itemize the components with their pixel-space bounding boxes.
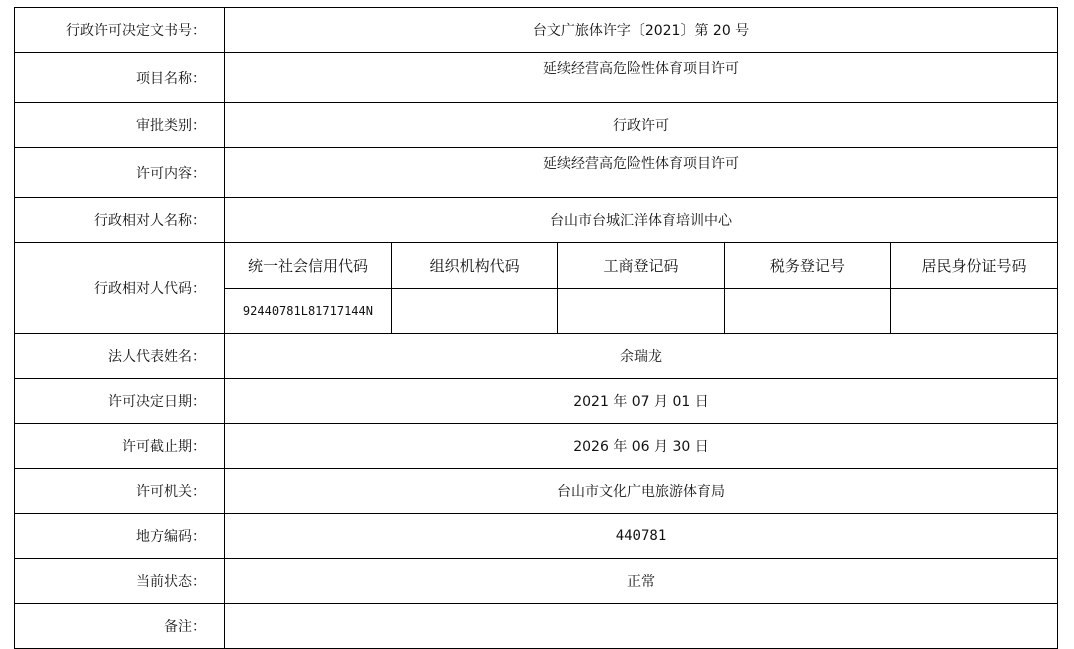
header-credit-code: 统一社会信用代码 [225,243,391,288]
value-credit-code: 92440781L81717144N [225,288,391,333]
remarks-label: 备注： [15,604,225,649]
row-decision-date: 许可决定日期： 2021 年 07 月 01 日 [15,379,1058,424]
row-remarks: 备注： [15,604,1058,649]
decision-date-label: 许可决定日期： [15,379,225,424]
region-code-label: 地方编码： [15,514,225,559]
row-counterpart-code: 行政相对人代码： 统一社会信用代码 组织机构代码 工商登记码 税务登记号 居民身… [15,243,1058,334]
project-name-label: 项目名称： [15,53,225,103]
permit-info-table: 行政许可决定文书号： 台文广旅体许字〔2021〕第 20 号 项目名称： 延续经… [14,7,1058,649]
decision-date-value: 2021 年 07 月 01 日 [225,379,1058,424]
value-business-reg [558,288,724,333]
authority-label: 许可机关： [15,469,225,514]
row-decision-no: 行政许可决定文书号： 台文广旅体许字〔2021〕第 20 号 [15,8,1058,53]
counterpart-code-cell: 统一社会信用代码 组织机构代码 工商登记码 税务登记号 居民身份证号码 9244… [225,243,1058,334]
status-label: 当前状态： [15,559,225,604]
row-legal-rep: 法人代表姓名： 余瑞龙 [15,334,1058,379]
expiry-date-label: 许可截止期： [15,424,225,469]
header-org-code: 组织机构代码 [391,243,557,288]
row-authority: 许可机关： 台山市文化广电旅游体育局 [15,469,1058,514]
value-org-code [391,288,557,333]
row-expiry-date: 许可截止期： 2026 年 06 月 30 日 [15,424,1058,469]
row-region-code: 地方编码： 440781 [15,514,1058,559]
code-value-row: 92440781L81717144N [225,288,1057,333]
counterpart-code-table: 统一社会信用代码 组织机构代码 工商登记码 税务登记号 居民身份证号码 9244… [225,243,1057,333]
value-tax-reg [724,288,890,333]
counterpart-name-value: 台山市台城汇洋体育培训中心 [225,198,1058,243]
row-counterpart-name: 行政相对人名称： 台山市台城汇洋体育培训中心 [15,198,1058,243]
header-id-number: 居民身份证号码 [891,243,1057,288]
approval-type-label: 审批类别： [15,103,225,148]
project-name-value: 延续经营高危险性体育项目许可 [225,53,1058,103]
counterpart-code-label: 行政相对人代码： [15,243,225,334]
region-code-value: 440781 [225,514,1058,559]
counterpart-name-label: 行政相对人名称： [15,198,225,243]
expiry-date-value: 2026 年 06 月 30 日 [225,424,1058,469]
row-status: 当前状态： 正常 [15,559,1058,604]
row-approval-type: 审批类别： 行政许可 [15,103,1058,148]
approval-type-value: 行政许可 [225,103,1058,148]
row-permit-content: 许可内容： 延续经营高危险性体育项目许可 [15,148,1058,198]
code-header-row: 统一社会信用代码 组织机构代码 工商登记码 税务登记号 居民身份证号码 [225,243,1057,288]
permit-content-value: 延续经营高危险性体育项目许可 [225,148,1058,198]
authority-value: 台山市文化广电旅游体育局 [225,469,1058,514]
value-id-number [891,288,1057,333]
status-value: 正常 [225,559,1058,604]
header-tax-reg: 税务登记号 [724,243,890,288]
legal-rep-label: 法人代表姓名： [15,334,225,379]
permit-content-label: 许可内容： [15,148,225,198]
row-project-name: 项目名称： 延续经营高危险性体育项目许可 [15,53,1058,103]
legal-rep-value: 余瑞龙 [225,334,1058,379]
remarks-value [225,604,1058,649]
decision-no-label: 行政许可决定文书号： [15,8,225,53]
header-business-reg: 工商登记码 [558,243,724,288]
decision-no-value: 台文广旅体许字〔2021〕第 20 号 [225,8,1058,53]
